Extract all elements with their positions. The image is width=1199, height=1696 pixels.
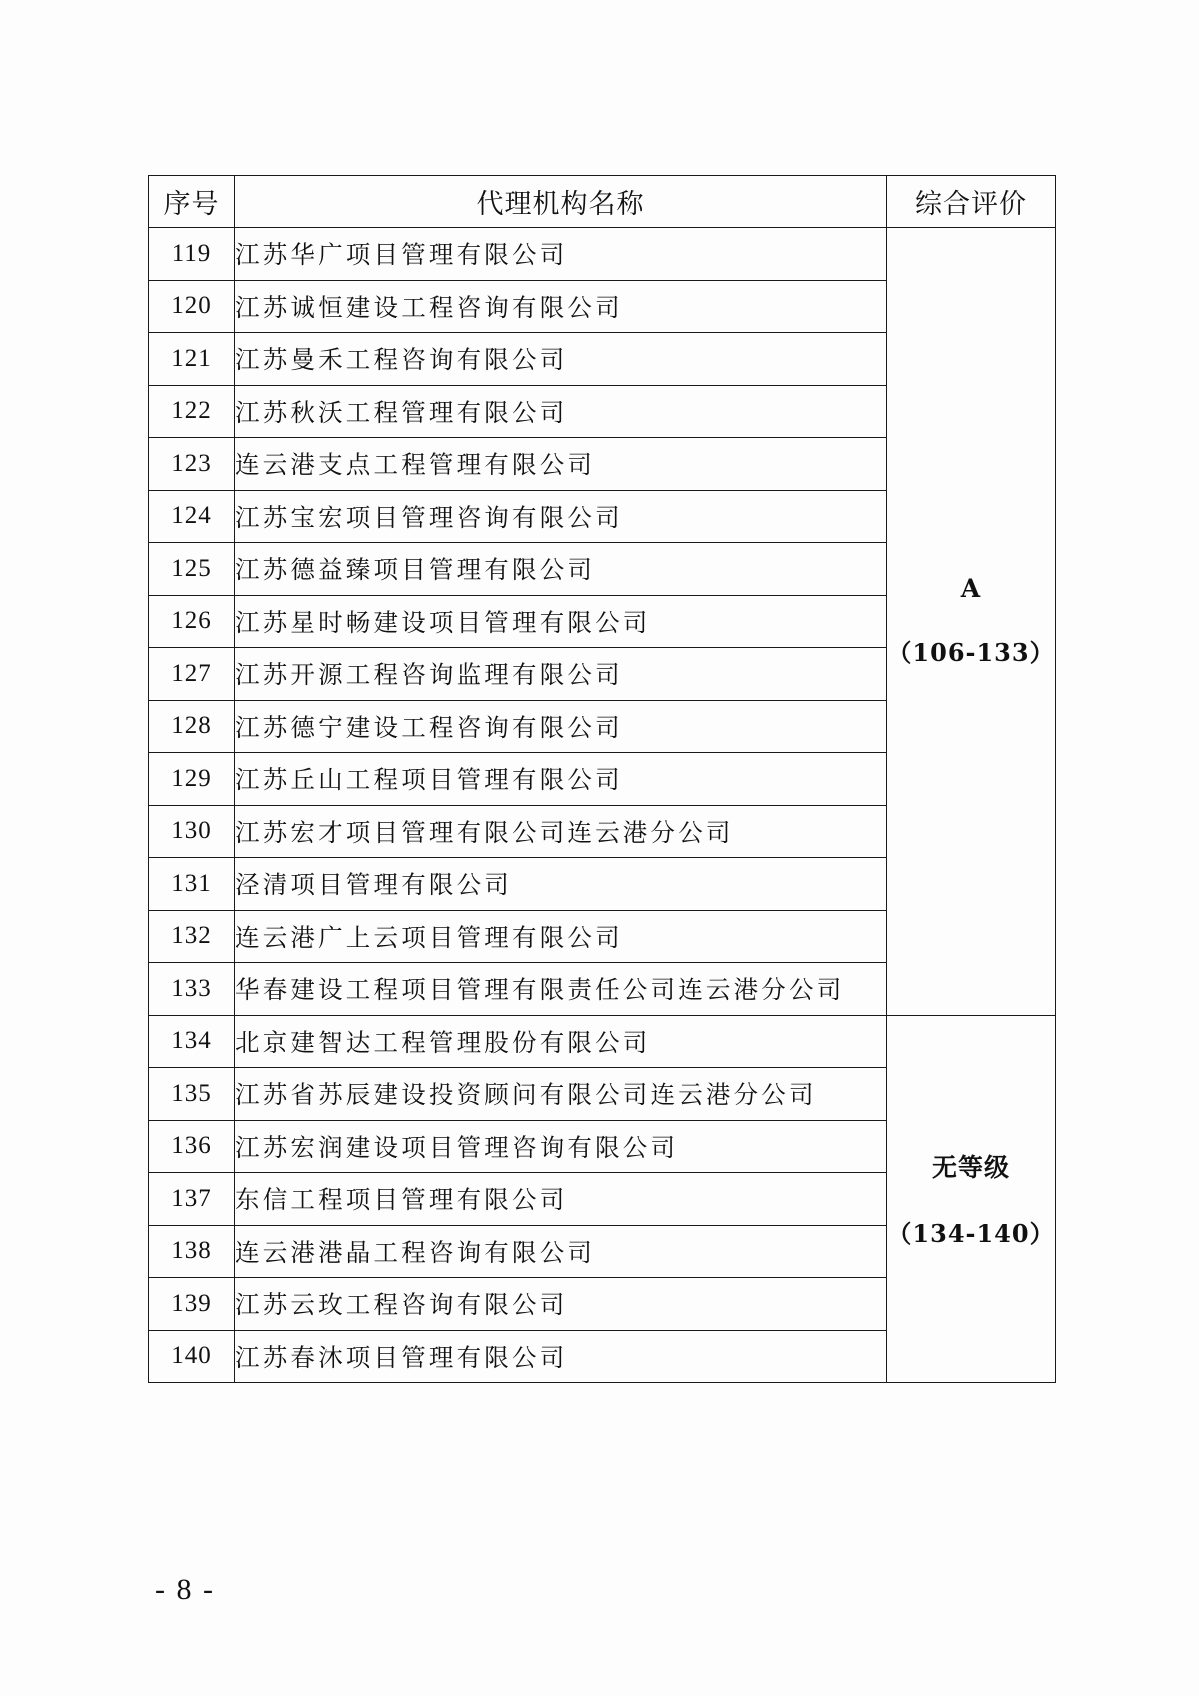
table-row: 119江苏华广项目管理有限公司A（106-133） — [149, 228, 1056, 281]
rating-grade: A — [961, 574, 981, 603]
row-agency-name: 连云港港晶工程咨询有限公司 — [235, 1225, 887, 1278]
row-agency-name: 泾清项目管理有限公司 — [235, 858, 887, 911]
row-seq: 119 — [149, 228, 235, 281]
row-agency-name: 江苏德益臻项目管理有限公司 — [235, 543, 887, 596]
table-body: 119江苏华广项目管理有限公司A（106-133）120江苏诚恒建设工程咨询有限… — [149, 228, 1056, 1383]
row-agency-name: 华春建设工程项目管理有限责任公司连云港分公司 — [235, 963, 887, 1016]
row-agency-name: 江苏德宁建设工程咨询有限公司 — [235, 700, 887, 753]
row-agency-name: 江苏诚恒建设工程咨询有限公司 — [235, 280, 887, 333]
table-header-row: 序号 代理机构名称 综合评价 — [149, 176, 1056, 228]
row-agency-name: 江苏云玫工程咨询有限公司 — [235, 1278, 887, 1331]
row-agency-name: 江苏丘山工程项目管理有限公司 — [235, 753, 887, 806]
row-agency-name: 江苏华广项目管理有限公司 — [235, 228, 887, 281]
row-seq: 134 — [149, 1015, 235, 1068]
row-seq: 128 — [149, 700, 235, 753]
row-agency-name: 江苏宏润建设项目管理咨询有限公司 — [235, 1120, 887, 1173]
row-agency-name: 江苏曼禾工程咨询有限公司 — [235, 333, 887, 386]
row-seq: 139 — [149, 1278, 235, 1331]
table-row: 134北京建智达工程管理股份有限公司无等级（134-140） — [149, 1015, 1056, 1068]
row-seq: 126 — [149, 595, 235, 648]
row-seq: 125 — [149, 543, 235, 596]
row-agency-name: 江苏宝宏项目管理咨询有限公司 — [235, 490, 887, 543]
row-seq: 136 — [149, 1120, 235, 1173]
row-agency-name: 东信工程项目管理有限公司 — [235, 1173, 887, 1226]
header-seq: 序号 — [149, 176, 235, 228]
rating-cell: A（106-133） — [887, 228, 1056, 1016]
row-seq: 138 — [149, 1225, 235, 1278]
row-seq: 127 — [149, 648, 235, 701]
document-page: 序号 代理机构名称 综合评价 119江苏华广项目管理有限公司A（106-133）… — [0, 0, 1199, 1696]
header-rating: 综合评价 — [887, 176, 1056, 228]
row-seq: 137 — [149, 1173, 235, 1226]
page-number: - 8 - — [155, 1573, 215, 1607]
header-agency-name: 代理机构名称 — [235, 176, 887, 228]
row-seq: 121 — [149, 333, 235, 386]
row-agency-name: 江苏秋沃工程管理有限公司 — [235, 385, 887, 438]
row-seq: 130 — [149, 805, 235, 858]
rating-range: （134-140） — [887, 1214, 1054, 1249]
row-agency-name: 江苏省苏辰建设投资顾问有限公司连云港分公司 — [235, 1068, 887, 1121]
row-seq: 123 — [149, 438, 235, 491]
row-agency-name: 连云港支点工程管理有限公司 — [235, 438, 887, 491]
row-agency-name: 江苏星时畅建设项目管理有限公司 — [235, 595, 887, 648]
row-seq: 131 — [149, 858, 235, 911]
row-seq: 135 — [149, 1068, 235, 1121]
row-seq: 124 — [149, 490, 235, 543]
row-seq: 132 — [149, 910, 235, 963]
row-seq: 122 — [149, 385, 235, 438]
row-agency-name: 江苏宏才项目管理有限公司连云港分公司 — [235, 805, 887, 858]
rating-range: （106-133） — [887, 633, 1054, 668]
rating-grade: 无等级 — [932, 1148, 1010, 1184]
row-agency-name: 江苏春沐项目管理有限公司 — [235, 1330, 887, 1383]
row-agency-name: 江苏开源工程咨询监理有限公司 — [235, 648, 887, 701]
row-seq: 133 — [149, 963, 235, 1016]
rating-cell: 无等级（134-140） — [887, 1015, 1056, 1383]
row-seq: 129 — [149, 753, 235, 806]
row-agency-name: 北京建智达工程管理股份有限公司 — [235, 1015, 887, 1068]
row-seq: 120 — [149, 280, 235, 333]
row-agency-name: 连云港广上云项目管理有限公司 — [235, 910, 887, 963]
agency-rating-table: 序号 代理机构名称 综合评价 119江苏华广项目管理有限公司A（106-133）… — [148, 175, 1056, 1383]
row-seq: 140 — [149, 1330, 235, 1383]
